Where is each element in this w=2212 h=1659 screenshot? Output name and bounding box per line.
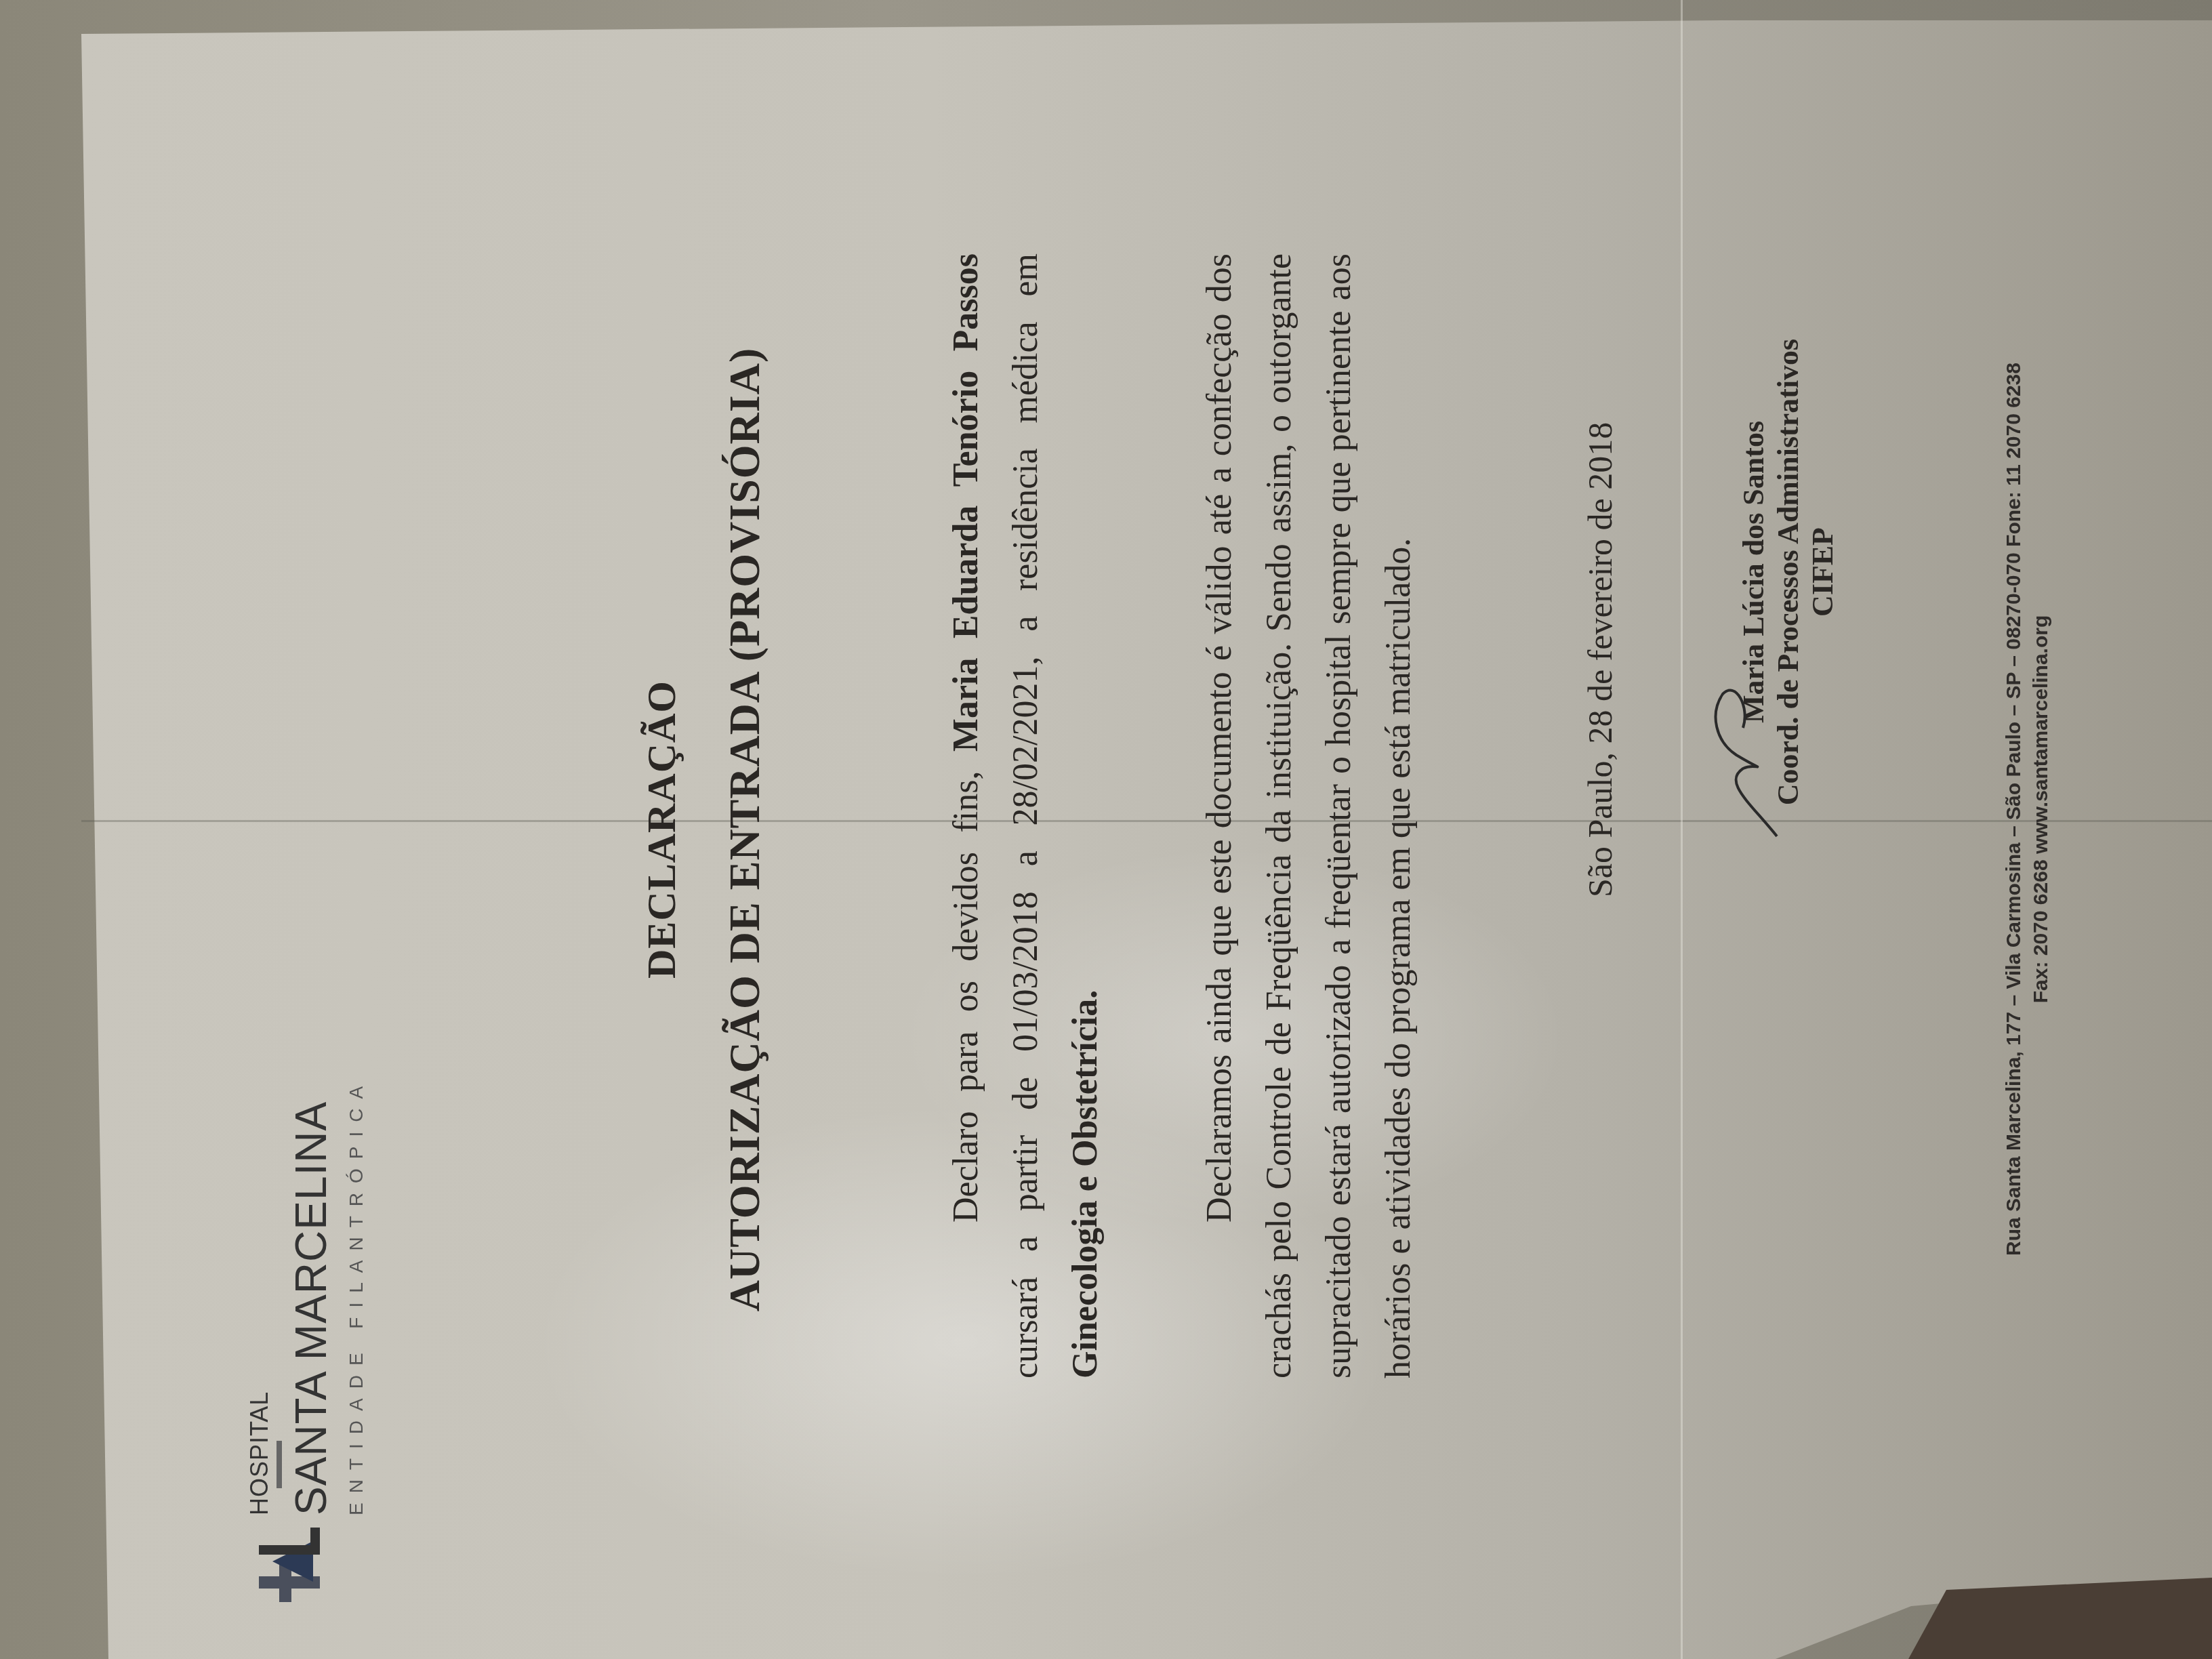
- logo-rule: [276, 1441, 282, 1488]
- document-title: DECLARAÇÃO: [638, 50, 685, 1609]
- footer-address: Rua Santa Marcelina, 177 – Vila Carmosin…: [2001, 233, 2055, 1385]
- document-page: HOSPITAL SANTA MARCELINA ENTIDADE FILANT…: [123, 50, 2089, 1609]
- paragraph-declaration: Declaro para os devidos fins, Maria Edua…: [937, 253, 1115, 1378]
- hospital-logo: HOSPITAL SANTA MARCELINA ENTIDADE FILANT…: [245, 1077, 367, 1609]
- hospital-cross-icon: [252, 1528, 327, 1609]
- document-subtitle: AUTORIZAÇÃO DE ENTRADA (PROVISÓRIA): [720, 50, 770, 1609]
- p1-intro: Declaro para os devidos fins,: [947, 752, 985, 1223]
- residency-specialty: Ginecologia e Obstetrícia.: [1066, 990, 1105, 1378]
- signatory-org: CIFEP: [1805, 199, 1840, 945]
- logo-hospital-label: HOSPITAL: [245, 1077, 274, 1515]
- logo-subtitle: ENTIDADE FILANTRÓPICA: [346, 1077, 367, 1515]
- p1-dates: cursará a partir de 01/03/2018 a 28/02/2…: [1006, 253, 1045, 1378]
- place-date: São Paulo, 28 de fevereiro de 2018: [1580, 422, 1620, 897]
- logo-hospital-name: SANTA MARCELINA: [286, 1077, 336, 1515]
- resident-name: Maria Eduarda Tenório Passos: [947, 253, 985, 752]
- document-body: Declaro para os devidos fins, Maria Edua…: [937, 253, 1503, 1378]
- footer-line-fax-web: Fax: 2070 6268 www.santamarcelina.org: [2028, 233, 2055, 1385]
- handwritten-signature-icon: [1709, 667, 1790, 843]
- paragraph-authorization: Declaramos ainda que este documento é vá…: [1190, 253, 1429, 1378]
- footer-line-address: Rua Santa Marcelina, 177 – Vila Carmosin…: [2001, 233, 2028, 1385]
- signature-block: Maria Lúcia dos Santos Coord. de Process…: [1736, 199, 1840, 945]
